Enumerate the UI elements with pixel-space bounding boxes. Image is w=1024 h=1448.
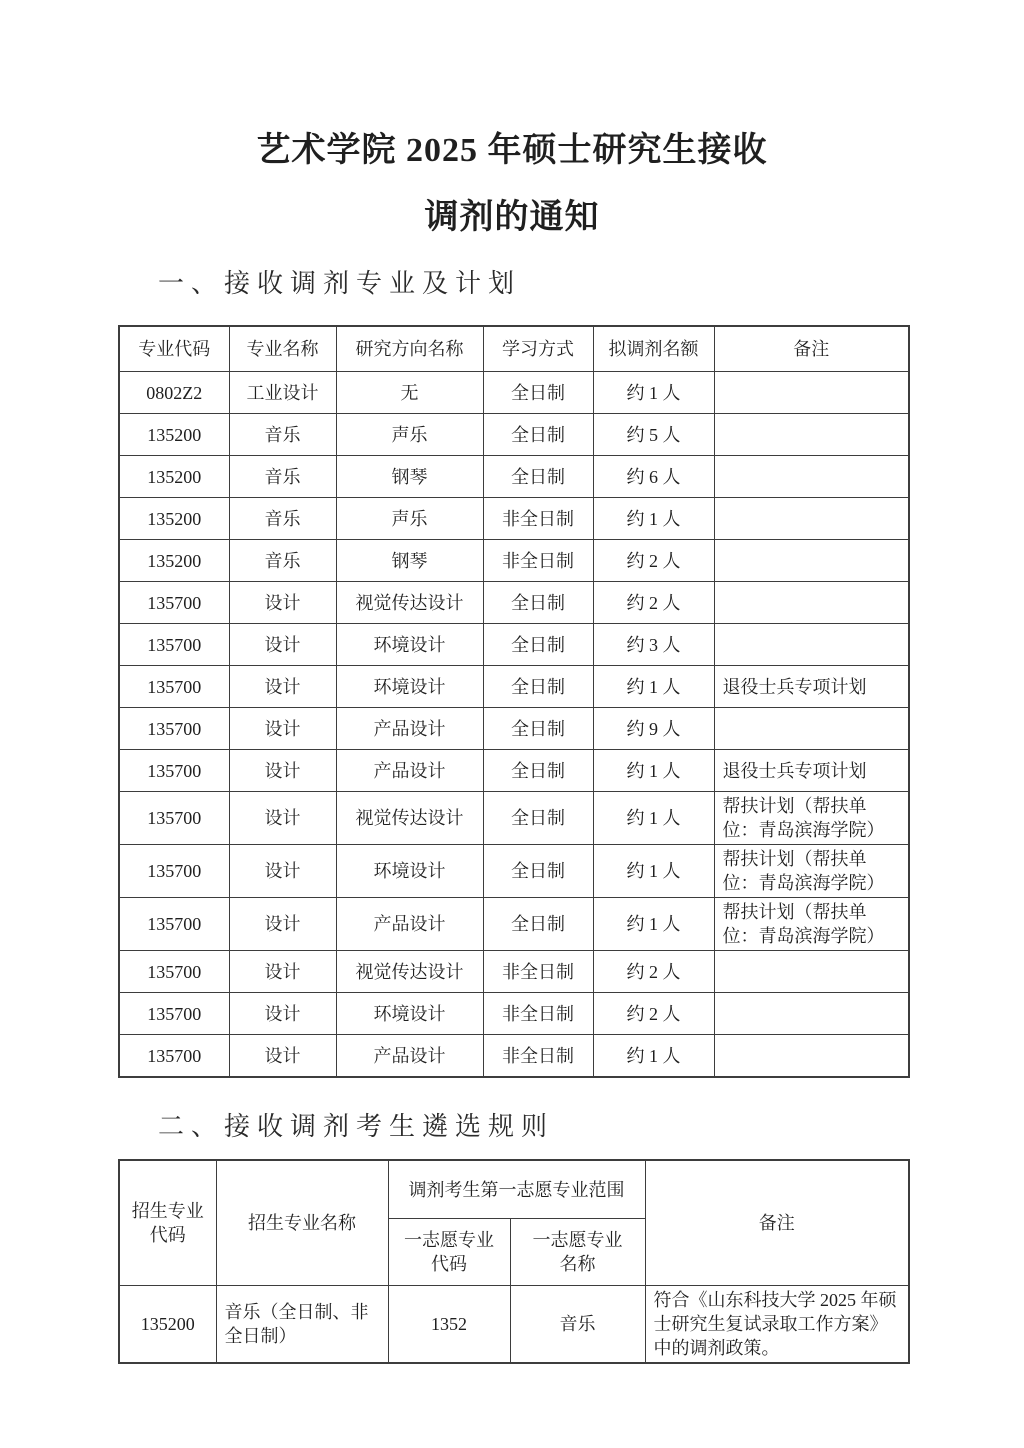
plan-cell-major: 设计 bbox=[229, 898, 336, 951]
plan-table-row: 135700设计产品设计全日制约 1 人退役士兵专项计划 bbox=[119, 750, 909, 792]
plan-table-row: 135700设计产品设计全日制约 1 人帮扶计划（帮扶单 位：青岛滨海学院） bbox=[119, 898, 909, 951]
plan-cell-code: 135200 bbox=[119, 498, 229, 540]
plan-cell-code: 135700 bbox=[119, 582, 229, 624]
plan-cell-note bbox=[714, 582, 909, 624]
plan-cell-direction: 无 bbox=[336, 372, 483, 414]
plan-table-header-row: 专业代码专业名称研究方向名称学习方式拟调剂名额备注 bbox=[119, 326, 909, 372]
rules-cell-enroll-name: 音乐（全日制、非 全日制） bbox=[216, 1286, 388, 1364]
plan-cell-direction: 钢琴 bbox=[336, 456, 483, 498]
rules-table-header-row-1: 招生专业 代码 招生专业名称 调剂考生第一志愿专业范围 备注 bbox=[119, 1160, 909, 1219]
plan-cell-direction: 环境设计 bbox=[336, 993, 483, 1035]
plan-cell-mode: 非全日制 bbox=[483, 951, 593, 993]
plan-cell-quota: 约 1 人 bbox=[593, 792, 714, 845]
plan-cell-mode: 全日制 bbox=[483, 792, 593, 845]
plan-cell-major: 设计 bbox=[229, 993, 336, 1035]
plan-cell-direction: 视觉传达设计 bbox=[336, 951, 483, 993]
plan-cell-quota: 约 1 人 bbox=[593, 1035, 714, 1078]
plan-cell-code: 135700 bbox=[119, 624, 229, 666]
plan-cell-note: 帮扶计划（帮扶单 位：青岛滨海学院） bbox=[714, 845, 909, 898]
plan-cell-mode: 非全日制 bbox=[483, 993, 593, 1035]
plan-table-body: 0802Z2工业设计无全日制约 1 人135200音乐声乐全日制约 5 人135… bbox=[119, 372, 909, 1078]
plan-cell-code: 135700 bbox=[119, 750, 229, 792]
plan-cell-code: 135700 bbox=[119, 993, 229, 1035]
plan-cell-mode: 全日制 bbox=[483, 898, 593, 951]
plan-cell-note: 退役士兵专项计划 bbox=[714, 750, 909, 792]
plan-header-major: 专业名称 bbox=[229, 326, 336, 372]
plan-table-row: 135700设计环境设计非全日制约 2 人 bbox=[119, 993, 909, 1035]
rules-header-first-choice-range: 调剂考生第一志愿专业范围 bbox=[388, 1160, 645, 1219]
plan-cell-major: 设计 bbox=[229, 708, 336, 750]
plan-cell-direction: 视觉传达设计 bbox=[336, 792, 483, 845]
plan-cell-quota: 约 9 人 bbox=[593, 708, 714, 750]
plan-cell-code: 135700 bbox=[119, 845, 229, 898]
plan-cell-major: 设计 bbox=[229, 951, 336, 993]
plan-cell-code: 135700 bbox=[119, 951, 229, 993]
plan-header-note: 备注 bbox=[714, 326, 909, 372]
plan-cell-note bbox=[714, 624, 909, 666]
rules-header-note: 备注 bbox=[645, 1160, 909, 1286]
plan-cell-major: 音乐 bbox=[229, 498, 336, 540]
plan-table-row: 135700设计视觉传达设计全日制约 2 人 bbox=[119, 582, 909, 624]
plan-cell-mode: 全日制 bbox=[483, 582, 593, 624]
plan-cell-major: 音乐 bbox=[229, 414, 336, 456]
rules-table-data-row: 135200 音乐（全日制、非 全日制） 1352 音乐 符合《山东科技大学 2… bbox=[119, 1286, 909, 1364]
plan-cell-direction: 视觉传达设计 bbox=[336, 582, 483, 624]
plan-cell-mode: 全日制 bbox=[483, 414, 593, 456]
plan-header-quota: 拟调剂名额 bbox=[593, 326, 714, 372]
plan-cell-direction: 产品设计 bbox=[336, 708, 483, 750]
plan-cell-quota: 约 2 人 bbox=[593, 540, 714, 582]
document-title: 艺术学院 2025 年硕士研究生接收 调剂的通知 bbox=[0, 0, 1024, 251]
plan-cell-direction: 环境设计 bbox=[336, 666, 483, 708]
plan-cell-direction: 环境设计 bbox=[336, 624, 483, 666]
plan-cell-quota: 约 1 人 bbox=[593, 845, 714, 898]
plan-cell-quota: 约 3 人 bbox=[593, 624, 714, 666]
transfer-plan-table: 专业代码专业名称研究方向名称学习方式拟调剂名额备注 0802Z2工业设计无全日制… bbox=[118, 325, 910, 1078]
plan-cell-quota: 约 2 人 bbox=[593, 951, 714, 993]
document-title-line1: 艺术学院 2025 年硕士研究生接收 bbox=[0, 117, 1024, 184]
plan-cell-major: 设计 bbox=[229, 845, 336, 898]
plan-cell-note bbox=[714, 372, 909, 414]
plan-table-row: 135200音乐钢琴非全日制约 2 人 bbox=[119, 540, 909, 582]
plan-cell-quota: 约 1 人 bbox=[593, 498, 714, 540]
plan-cell-direction: 产品设计 bbox=[336, 1035, 483, 1078]
plan-table-row: 135700设计产品设计非全日制约 1 人 bbox=[119, 1035, 909, 1078]
plan-cell-mode: 非全日制 bbox=[483, 1035, 593, 1078]
plan-cell-direction: 环境设计 bbox=[336, 845, 483, 898]
plan-cell-code: 0802Z2 bbox=[119, 372, 229, 414]
rules-cell-enroll-code: 135200 bbox=[119, 1286, 216, 1364]
plan-table-row: 135700设计视觉传达设计非全日制约 2 人 bbox=[119, 951, 909, 993]
plan-cell-mode: 全日制 bbox=[483, 708, 593, 750]
plan-cell-direction: 产品设计 bbox=[336, 750, 483, 792]
plan-cell-note bbox=[714, 708, 909, 750]
plan-cell-note bbox=[714, 414, 909, 456]
section2-heading: 二、接收调剂考生遴选规则 bbox=[158, 1111, 1024, 1143]
plan-cell-major: 设计 bbox=[229, 624, 336, 666]
plan-header-mode: 学习方式 bbox=[483, 326, 593, 372]
plan-cell-note bbox=[714, 540, 909, 582]
plan-cell-mode: 全日制 bbox=[483, 750, 593, 792]
plan-cell-major: 工业设计 bbox=[229, 372, 336, 414]
plan-cell-quota: 约 6 人 bbox=[593, 456, 714, 498]
plan-table-row: 135700设计环境设计全日制约 1 人退役士兵专项计划 bbox=[119, 666, 909, 708]
plan-cell-note bbox=[714, 456, 909, 498]
plan-cell-note bbox=[714, 498, 909, 540]
plan-header-code: 专业代码 bbox=[119, 326, 229, 372]
plan-cell-mode: 非全日制 bbox=[483, 540, 593, 582]
rules-header-enroll-code: 招生专业 代码 bbox=[119, 1160, 216, 1286]
plan-cell-quota: 约 2 人 bbox=[593, 993, 714, 1035]
section1-heading: 一、接收调剂专业及计划 bbox=[158, 268, 1024, 300]
rules-header-first-choice-name: 一志愿专业 名称 bbox=[510, 1219, 645, 1286]
plan-cell-mode: 全日制 bbox=[483, 666, 593, 708]
plan-table-row: 135200音乐声乐全日制约 5 人 bbox=[119, 414, 909, 456]
plan-cell-direction: 声乐 bbox=[336, 414, 483, 456]
plan-cell-quota: 约 2 人 bbox=[593, 582, 714, 624]
rules-header-first-choice-code: 一志愿专业 代码 bbox=[388, 1219, 510, 1286]
plan-table-row: 135700设计环境设计全日制约 1 人帮扶计划（帮扶单 位：青岛滨海学院） bbox=[119, 845, 909, 898]
plan-cell-quota: 约 1 人 bbox=[593, 898, 714, 951]
plan-table-row: 135200音乐声乐非全日制约 1 人 bbox=[119, 498, 909, 540]
rules-cell-note: 符合《山东科技大学 2025 年硕 士研究生复试录取工作方案》 中的调剂政策。 bbox=[645, 1286, 909, 1364]
plan-cell-code: 135700 bbox=[119, 792, 229, 845]
plan-cell-code: 135700 bbox=[119, 1035, 229, 1078]
plan-table-row: 135700设计产品设计全日制约 9 人 bbox=[119, 708, 909, 750]
plan-cell-mode: 全日制 bbox=[483, 372, 593, 414]
rules-cell-first-choice-code: 1352 bbox=[388, 1286, 510, 1364]
plan-cell-major: 音乐 bbox=[229, 540, 336, 582]
plan-cell-major: 音乐 bbox=[229, 456, 336, 498]
plan-cell-mode: 全日制 bbox=[483, 845, 593, 898]
plan-cell-quota: 约 1 人 bbox=[593, 666, 714, 708]
plan-cell-direction: 产品设计 bbox=[336, 898, 483, 951]
plan-cell-code: 135200 bbox=[119, 456, 229, 498]
rules-cell-first-choice-name: 音乐 bbox=[510, 1286, 645, 1364]
plan-cell-major: 设计 bbox=[229, 750, 336, 792]
plan-cell-code: 135700 bbox=[119, 708, 229, 750]
plan-cell-quota: 约 5 人 bbox=[593, 414, 714, 456]
plan-cell-code: 135700 bbox=[119, 898, 229, 951]
plan-header-direction: 研究方向名称 bbox=[336, 326, 483, 372]
plan-cell-major: 设计 bbox=[229, 1035, 336, 1078]
plan-cell-code: 135200 bbox=[119, 540, 229, 582]
plan-table-row: 135700设计环境设计全日制约 3 人 bbox=[119, 624, 909, 666]
plan-cell-quota: 约 1 人 bbox=[593, 372, 714, 414]
plan-cell-code: 135200 bbox=[119, 414, 229, 456]
plan-cell-note bbox=[714, 951, 909, 993]
plan-table-row: 0802Z2工业设计无全日制约 1 人 bbox=[119, 372, 909, 414]
plan-cell-note: 帮扶计划（帮扶单 位：青岛滨海学院） bbox=[714, 898, 909, 951]
plan-table-row: 135700设计视觉传达设计全日制约 1 人帮扶计划（帮扶单 位：青岛滨海学院） bbox=[119, 792, 909, 845]
plan-cell-code: 135700 bbox=[119, 666, 229, 708]
plan-cell-direction: 声乐 bbox=[336, 498, 483, 540]
plan-cell-quota: 约 1 人 bbox=[593, 750, 714, 792]
plan-cell-mode: 全日制 bbox=[483, 624, 593, 666]
plan-cell-note: 帮扶计划（帮扶单 位：青岛滨海学院） bbox=[714, 792, 909, 845]
plan-cell-direction: 钢琴 bbox=[336, 540, 483, 582]
plan-cell-major: 设计 bbox=[229, 792, 336, 845]
page: 艺术学院 2025 年硕士研究生接收 调剂的通知 一、接收调剂专业及计划 专业代… bbox=[0, 0, 1024, 1448]
plan-cell-major: 设计 bbox=[229, 666, 336, 708]
rules-header-enroll-name: 招生专业名称 bbox=[216, 1160, 388, 1286]
plan-cell-note bbox=[714, 993, 909, 1035]
plan-cell-major: 设计 bbox=[229, 582, 336, 624]
plan-cell-mode: 全日制 bbox=[483, 456, 593, 498]
plan-cell-mode: 非全日制 bbox=[483, 498, 593, 540]
plan-cell-note bbox=[714, 1035, 909, 1078]
selection-rules-table: 招生专业 代码 招生专业名称 调剂考生第一志愿专业范围 备注 一志愿专业 代码 … bbox=[118, 1159, 910, 1364]
plan-table-row: 135200音乐钢琴全日制约 6 人 bbox=[119, 456, 909, 498]
plan-cell-note: 退役士兵专项计划 bbox=[714, 666, 909, 708]
document-title-line2: 调剂的通知 bbox=[0, 184, 1024, 251]
